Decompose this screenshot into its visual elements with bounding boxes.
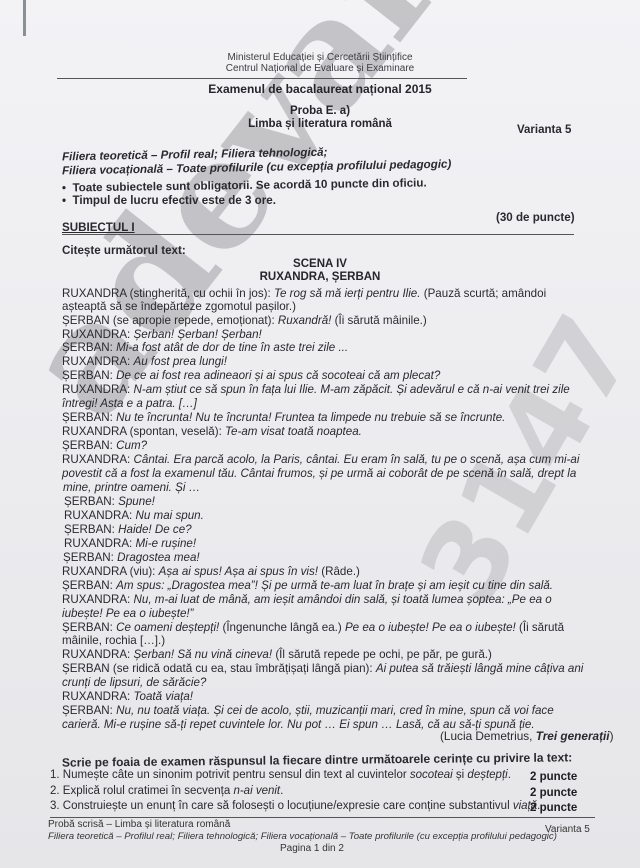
dialogue-line: ȘERBAN: Nu te încrunta! Nu te încrunta! … (62, 411, 505, 425)
exam-title: Examenul de bacalaureat național 2015 (0, 82, 640, 96)
task-points: 2 puncte (530, 771, 577, 783)
dialogue-line: RUXANDRA (viu): Așa ai spus! Așa ai spus… (62, 565, 360, 579)
dialogue-line: iubește! Pe ea o iubește!” (62, 607, 193, 621)
task-item: 2. Explică rolul cratimei în secvența n-… (50, 785, 283, 797)
dialogue-line: ȘERBAN: Mi-a fost atât de dor de tine în… (62, 341, 348, 355)
read-prompt: Citește următorul text: (62, 244, 186, 258)
section-rule (62, 234, 574, 235)
scene-characters: RUXANDRA, ȘERBAN (0, 271, 640, 283)
dialogue-line: ȘERBAN: Nu, nu toată viața. Și cei de ac… (62, 704, 554, 718)
footer-rule (50, 817, 595, 818)
dialogue-line: RUXANDRA: Nu, m-ai luat de mână, am ieși… (62, 593, 552, 607)
instruction-2: • Timpul de lucru efectiv este de 3 ore. (62, 194, 276, 208)
dialogue-line: ȘERBAN: Dragostea mea! (63, 551, 200, 565)
dialogue-line: ȘERBAN (se apropie repede, emoționat): R… (62, 314, 427, 328)
section-title: SUBIECTUL I (62, 221, 135, 235)
ministry-name: Ministerul Educației și Cercetării Știin… (0, 52, 640, 63)
dialogue-line: RUXANDRA: Nu mai spun. (64, 509, 204, 523)
dialogue-line: ȘERBAN: Ce oameni deștepți! (Îngenunche … (62, 621, 564, 635)
section-points: (30 de puncte) (496, 211, 575, 225)
dialogue-line: RUXANDRA: Șerban! Șerban! Șerban! (62, 328, 262, 342)
dialogue-line: RUXANDRA: Au fost prea lungi! (62, 355, 227, 369)
source-citation: (Lucia Demetrius, Trei generații) (440, 729, 614, 743)
center-name: Centrul Național de Evaluare și Examinar… (0, 63, 640, 74)
instruction-1: • Toate subiectele sunt obligatorii. Se … (62, 176, 427, 195)
task-item: 1. Numește câte un sinonim potrivit pent… (50, 769, 511, 781)
dialogue-line: ȘERBAN: Am spus: „Dragostea mea”! Și pe … (62, 579, 553, 593)
header-rule (57, 78, 467, 79)
scene-title: SCENA IV (0, 258, 640, 270)
dialogue-line: ȘERBAN: Haide! De ce? (64, 523, 192, 537)
dialogue-line: RUXANDRA: Toată viața! (62, 690, 193, 704)
footer-left: Probă scrisă – Limba și literatura român… (48, 819, 230, 830)
dialogue-line: mine, printre oameni. Și … (63, 481, 200, 495)
dialogue-line: RUXANDRA (stingherită, cu ochii în jos):… (62, 287, 546, 301)
dialogue-line: ȘERBAN: De ce ai fost rea adineaori și a… (62, 369, 440, 383)
dialogue-line: așteaptă să se îndepărteze zgomotul pași… (62, 300, 296, 314)
dialogue-line: RUXANDRA: Mi-e rușine! (64, 537, 196, 551)
dialogue-line: RUXANDRA: Cântai. Era parcă acolo, la Pa… (62, 453, 579, 467)
page-number: Pagina 1 din 2 (280, 843, 344, 854)
task-points: 2 puncte (530, 787, 577, 799)
task-item: 3. Construiește un enunț în care să folo… (50, 800, 540, 812)
proba-label: Proba E. a) (0, 105, 640, 117)
exam-page: adevarul 3147 Ministerul Educației și Ce… (0, 0, 640, 868)
dialogue-line: ȘERBAN (se ridică odată cu ea, stau îmbr… (62, 662, 583, 676)
footer-filiera: Filiera teoretică – Profilul real; Filie… (48, 831, 557, 842)
tasks-prompt: Scrie pe foaia de examen răspunsul la fi… (62, 750, 572, 769)
dialogue-line: povestit că a fost la examenul tău. Cânt… (62, 467, 576, 481)
dialogue-line: mâinile, rochia […].) (62, 634, 165, 648)
variant-label: Varianta 5 (517, 123, 571, 137)
binding-mark (23, 0, 26, 36)
dialogue-line: ȘERBAN: Spune! (64, 495, 155, 509)
institution-header: Ministerul Educației și Cercetării Știin… (0, 52, 640, 74)
dialogue-line: RUXANDRA: Șerban! Să nu vină cineva! (Îl… (62, 648, 492, 662)
dialogue-line: întregi! Asta e a patra. […] (62, 397, 197, 411)
task-points: 2 puncte (530, 802, 577, 814)
dialogue-line: crunți de lipsuri, de sărăcie? (62, 676, 206, 690)
dialogue-line: RUXANDRA: N-am știut ce să spun în fața … (62, 383, 570, 397)
dialogue-line: RUXANDRA (spontan, veselă): Te-am visat … (62, 425, 362, 439)
dialogue-line: ȘERBAN: Cum? (62, 439, 147, 453)
